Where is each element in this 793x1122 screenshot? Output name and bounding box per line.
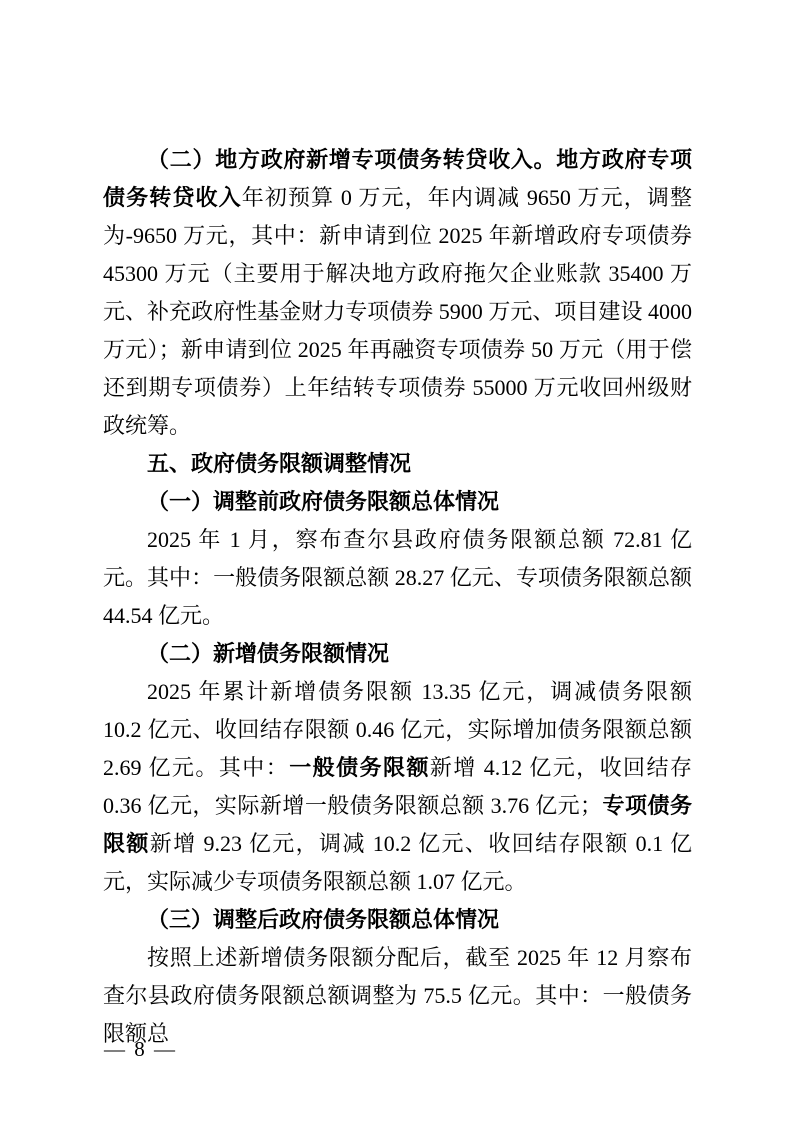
para-pre-adjustment-limits: 2025 年 1 月，察布查尔县政府债务限额总额 72.81 亿元。其中：一般债…	[103, 521, 692, 635]
heading-5-3-post-adjustment: （三）调整后政府债务限额总体情况	[103, 901, 692, 939]
bold-text-run: 五、政府债务限额调整情况	[147, 451, 411, 476]
text-run: 新增 9.23 亿元，调减 10.2 亿元、收回结存限额 0.1 亿元，实际减少…	[103, 831, 692, 894]
text-run: 年初预算 0 万元，年内调减 9650 万元，调整为-9650 万元，其中：新申…	[103, 185, 692, 438]
para-new-debt-limits: 2025 年累计新增债务限额 13.35 亿元，调减债务限额 10.2 亿元、收…	[103, 673, 692, 901]
para-special-debt-transfer-income: （二）地方政府新增专项债务转贷收入。地方政府专项债务转贷收入年初预算 0 万元，…	[103, 141, 692, 445]
heading-5-1-pre-adjustment: （一）调整前政府债务限额总体情况	[103, 483, 692, 521]
text-run: 按照上述新增债务限额分配后，截至 2025 年 12 月察布查尔县政府债务限额总…	[103, 945, 692, 1046]
document-body: （二）地方政府新增专项债务转贷收入。地方政府专项债务转贷收入年初预算 0 万元，…	[103, 141, 692, 1053]
page-number: — 8 —	[104, 1037, 177, 1062]
para-post-adjustment-limits: 按照上述新增债务限额分配后，截至 2025 年 12 月察布查尔县政府债务限额总…	[103, 939, 692, 1053]
bold-text-run: （二）地方政府新增专项债务转贷收入。	[147, 147, 556, 172]
bold-text-run: 一般债务限额	[289, 755, 430, 780]
bold-text-run: （一）调整前政府债务限额总体情况	[147, 489, 499, 514]
heading-5-2-new-debt-limits: （二）新增债务限额情况	[103, 635, 692, 673]
document-page: （二）地方政府新增专项债务转贷收入。地方政府专项债务转贷收入年初预算 0 万元，…	[0, 0, 793, 1122]
bold-text-run: （三）调整后政府债务限额总体情况	[147, 907, 499, 932]
text-run: 2025 年 1 月，察布查尔县政府债务限额总额 72.81 亿元。其中：一般债…	[103, 527, 692, 628]
bold-text-run: （二）新增债务限额情况	[147, 641, 389, 666]
heading-section-five: 五、政府债务限额调整情况	[103, 445, 692, 483]
